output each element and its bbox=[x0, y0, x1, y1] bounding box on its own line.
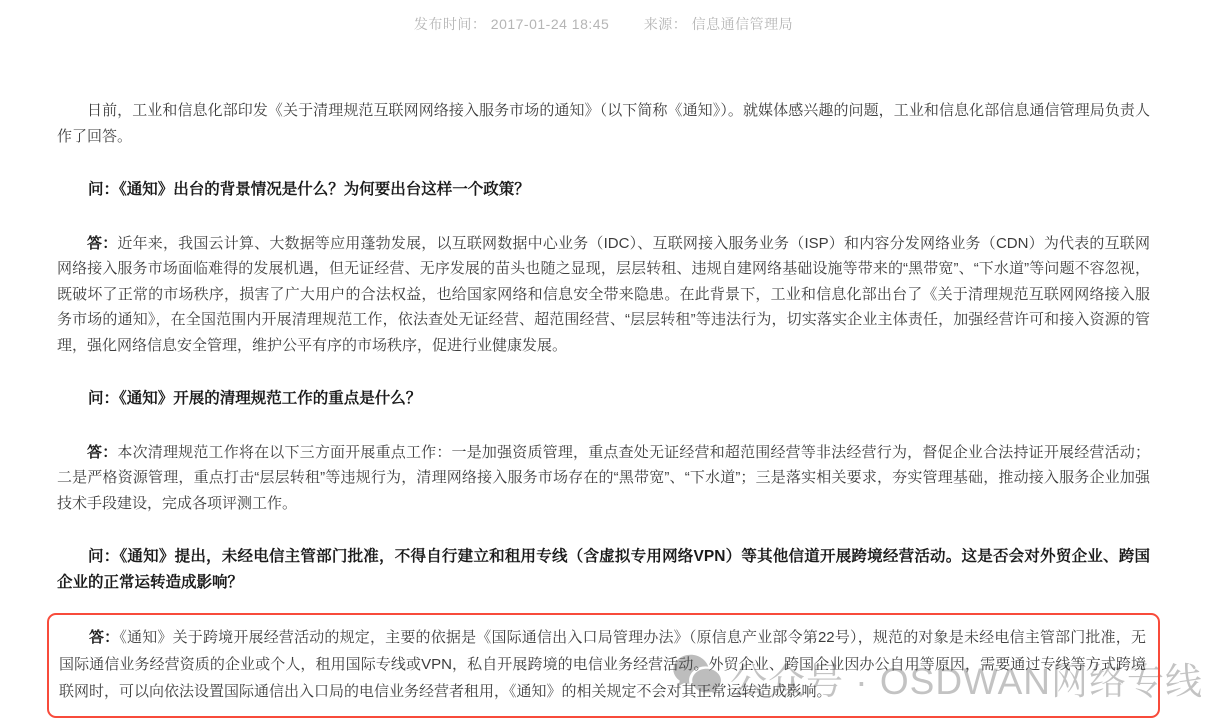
highlight-box: 答：《通知》关于跨境开展经营活动的规定，主要的依据是《国际通信出入口局管理办法》… bbox=[47, 613, 1160, 718]
answer-2-text: 本次清理规范工作将在以下三方面开展重点工作：一是加强资质管理，重点查处无证经营和… bbox=[57, 444, 1150, 512]
source-value: 信息通信管理局 bbox=[692, 16, 794, 32]
article-page: 公众号 · OSDWAN网络专线 发布时间： 2017-01-24 18:45 … bbox=[0, 0, 1207, 721]
answer-1-label: 答： bbox=[87, 235, 117, 252]
question-3: 问：《通知》提出，未经电信主管部门批准，不得自行建立和租用专线（含虚拟专用网络V… bbox=[57, 544, 1150, 595]
source-label: 来源： bbox=[644, 16, 688, 32]
answer-1-text: 近年来，我国云计算、大数据等应用蓬勃发展，以互联网数据中心业务（IDC）、互联网… bbox=[57, 235, 1150, 354]
answer-3: 答：《通知》关于跨境开展经营活动的规定，主要的依据是《国际通信出入口局管理办法》… bbox=[59, 624, 1146, 705]
question-1: 问：《通知》出台的背景情况是什么？为何要出台这样一个政策？ bbox=[57, 177, 1150, 203]
answer-3-text: 《通知》关于跨境开展经营活动的规定，主要的依据是《国际通信出入口局管理办法》（原… bbox=[59, 629, 1146, 700]
answer-2-label: 答： bbox=[87, 444, 117, 461]
answer-2: 答：本次清理规范工作将在以下三方面开展重点工作：一是加强资质管理，重点查处无证经… bbox=[57, 440, 1150, 517]
article-meta: 发布时间： 2017-01-24 18:45 来源： 信息通信管理局 bbox=[0, 0, 1207, 34]
answer-1: 答：近年来，我国云计算、大数据等应用蓬勃发展，以互联网数据中心业务（IDC）、互… bbox=[57, 231, 1150, 359]
publish-time-label: 发布时间： bbox=[414, 16, 487, 32]
question-2: 问：《通知》开展的清理规范工作的重点是什么？ bbox=[57, 386, 1150, 412]
answer-3-label: 答： bbox=[89, 629, 119, 646]
article-body: 日前，工业和信息化部印发《关于清理规范互联网网络接入服务市场的通知》（以下简称《… bbox=[57, 98, 1150, 718]
publish-time-value: 2017-01-24 18:45 bbox=[491, 16, 610, 32]
intro-paragraph: 日前，工业和信息化部印发《关于清理规范互联网网络接入服务市场的通知》（以下简称《… bbox=[57, 98, 1150, 149]
